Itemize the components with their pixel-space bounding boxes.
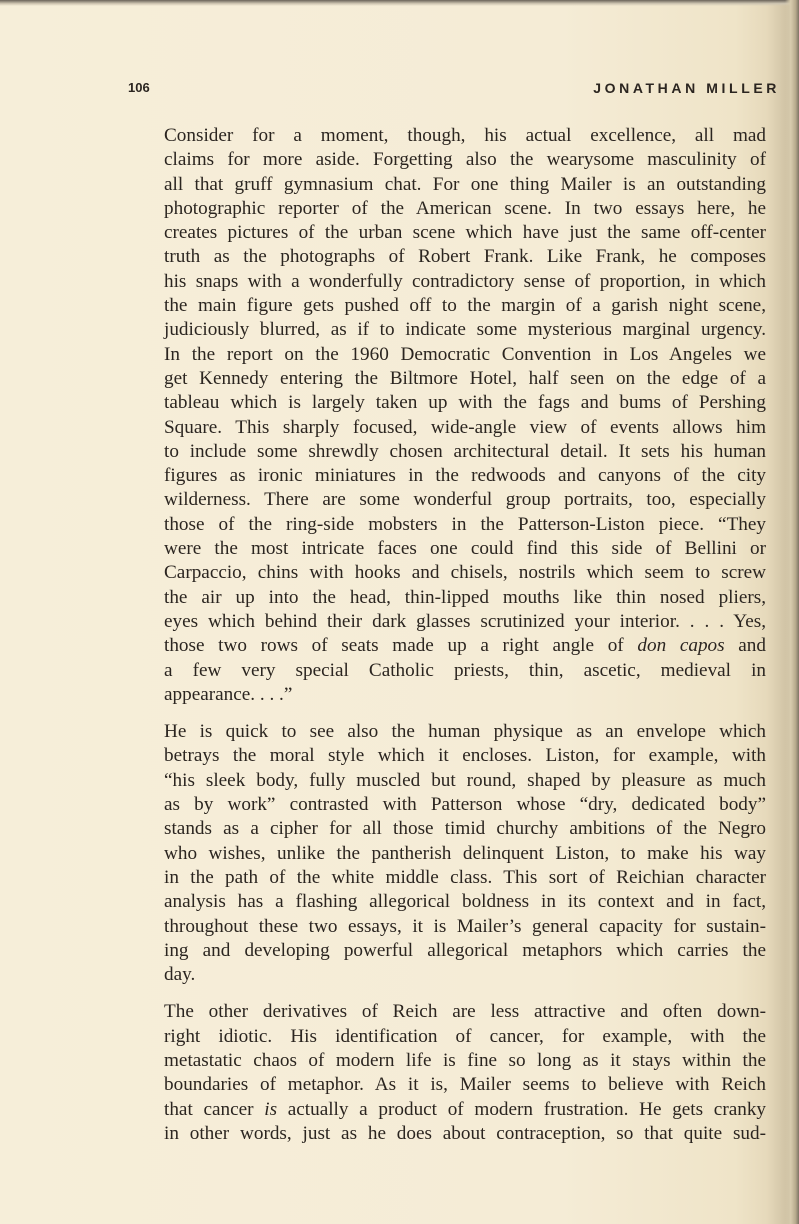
text-line: The other derivatives of Reich are less … (128, 1000, 766, 1024)
book-spine-shadow (785, 0, 799, 1224)
page-header: 106 JONATHAN MILLER (128, 80, 780, 104)
text-line: figures as ironic miniatures in the redw… (128, 464, 766, 488)
paragraph-3: The other derivatives of Reich are less … (128, 1000, 766, 1146)
text-line: the air up into the head, thin-lipped mo… (128, 586, 766, 610)
text-segment: and (725, 635, 766, 656)
text-line: were the most intricate faces one could … (128, 537, 766, 561)
text-line: photographic reporter of the American sc… (128, 197, 766, 221)
paragraph-2: He is quick to see also the human physiq… (128, 720, 766, 987)
text-segment: that cancer (164, 1099, 264, 1120)
page-top-edge (0, 0, 799, 6)
page-number: 106 (128, 80, 150, 95)
text-line: the main figure gets pushed off to the m… (128, 294, 766, 318)
text-line: in other words, just as he does about co… (128, 1122, 766, 1146)
body-text: Consider for a moment, though, his actua… (128, 124, 766, 1146)
text-line: truth as the photographs of Robert Frank… (128, 245, 766, 269)
text-segment: those two rows of seats made up a right … (164, 635, 637, 656)
text-line: in the path of the white middle class. T… (128, 866, 766, 890)
text-line: a few very special Catholic priests, thi… (128, 659, 766, 683)
text-line: to include some shrewdly chosen architec… (128, 440, 766, 464)
text-line: his snaps with a wonderfully contradicto… (128, 270, 766, 294)
text-line: those two rows of seats made up a right … (128, 634, 766, 658)
text-line: Carpaccio, chins with hooks and chisels,… (128, 561, 766, 585)
text-line: Square. This sharply focused, wide-angle… (128, 416, 766, 440)
text-line: metastatic chaos of modern life is fine … (128, 1049, 766, 1073)
running-head-author: JONATHAN MILLER (593, 80, 780, 96)
text-line: betrays the moral style which it enclose… (128, 744, 766, 768)
text-line: judiciously blurred, as if to indicate s… (128, 318, 766, 342)
text-line: as by work” contrasted with Patterson wh… (128, 793, 766, 817)
text-segment: actually a product of modern frustration… (277, 1099, 766, 1120)
text-line: creates pictures of the urban scene whic… (128, 221, 766, 245)
text-line: throughout these two essays, it is Maile… (128, 915, 766, 939)
text-line: tableau which is largely taken up with t… (128, 391, 766, 415)
text-line: He is quick to see also the human physiq… (128, 720, 766, 744)
paragraph-1: Consider for a moment, though, his actua… (128, 124, 766, 707)
text-line: ing and developing powerful allegorical … (128, 939, 766, 963)
text-line: that cancer is actually a product of mod… (128, 1098, 766, 1122)
text-line: “his sleek body, fully muscled but round… (128, 769, 766, 793)
text-line: day. (128, 963, 766, 987)
italic-word: is (264, 1099, 277, 1120)
text-line: boundaries of metaphor. As it is, Mailer… (128, 1073, 766, 1097)
text-line: analysis has a flashing allegorical bold… (128, 890, 766, 914)
text-line: those of the ring-side mobsters in the P… (128, 513, 766, 537)
text-line: Consider for a moment, though, his actua… (128, 124, 766, 148)
text-line: appearance. . . .” (128, 683, 766, 707)
text-line: wilderness. There are some wonderful gro… (128, 488, 766, 512)
text-line: right idiotic. His identification of can… (128, 1025, 766, 1049)
text-line: all that gruff gymnasium chat. For one t… (128, 173, 766, 197)
text-line: eyes which behind their dark glasses scr… (128, 610, 766, 634)
text-line: stands as a cipher for all those timid c… (128, 817, 766, 841)
text-line: In the report on the 1960 Democratic Con… (128, 343, 766, 367)
text-line: claims for more aside. Forgetting also t… (128, 148, 766, 172)
italic-phrase: don capos (637, 635, 724, 656)
text-line: get Kennedy entering the Biltmore Hotel,… (128, 367, 766, 391)
text-line: who wishes, unlike the pantherish delinq… (128, 842, 766, 866)
